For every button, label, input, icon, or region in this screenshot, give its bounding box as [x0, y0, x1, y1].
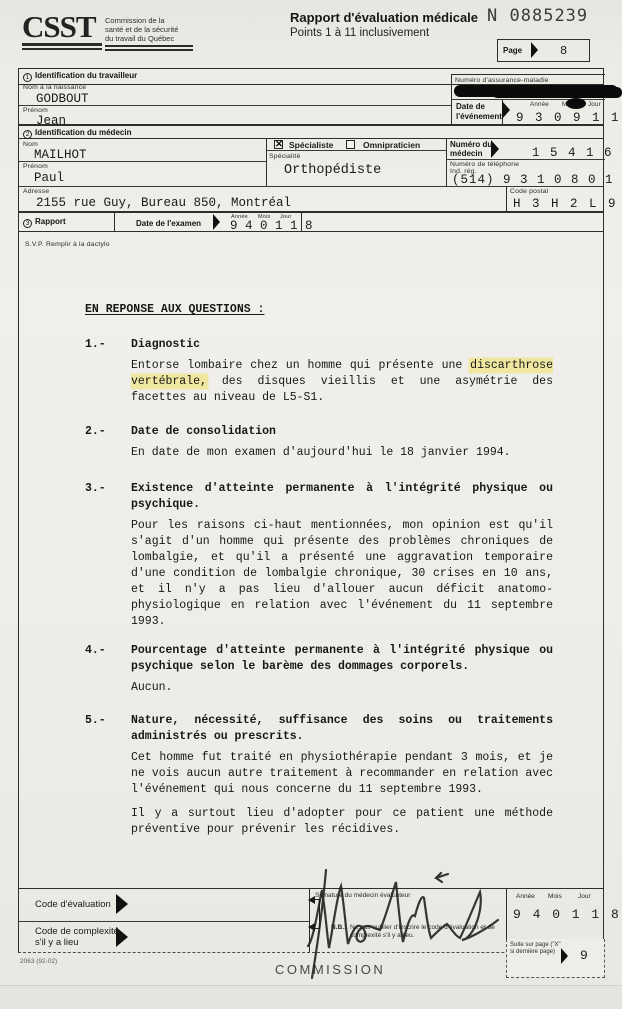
divider [19, 105, 451, 106]
section-worker: 1Identification du travailleur Nom à la … [18, 68, 604, 125]
worker-right-cell: Numéro d'assurance-maladie Date de l'évé… [451, 74, 605, 124]
divider [19, 161, 266, 162]
section-physician-title: 2Identification du médecin [19, 126, 603, 139]
question-5-answer-1: Cet homme fut traité en physiothérapie p… [131, 750, 553, 798]
section-number-icon: 1 [23, 73, 32, 82]
divider [266, 150, 446, 151]
complexity-code-label: Code de complexité s'il y a lieu [35, 926, 121, 948]
scanned-medical-report-page: CSST Commission de la santé et de la séc… [0, 0, 622, 1009]
worker-name-label: Nom à la naissance [23, 84, 86, 91]
physician-number-value: 1 5 4 1 6 5 [532, 146, 622, 160]
specialty-label: Spécialité [269, 153, 300, 160]
page-arrow-icon [531, 42, 538, 58]
physician-name-value: MAILHOT [34, 148, 87, 162]
logo-rule [22, 48, 102, 51]
complexity-code-arrow-icon [116, 927, 128, 947]
evaluation-code-arrow-icon [116, 894, 128, 914]
next-page-value: 9 [580, 948, 588, 963]
section-report-title: 3Rapport [23, 217, 66, 228]
document-subtitle: Points 1 à 11 inclusivement [290, 27, 478, 39]
question-4-title: Pourcentage d'atteinte permanente à l'in… [131, 643, 553, 675]
divider [446, 139, 447, 186]
page-number-value: 8 [560, 44, 567, 58]
phone-value: (514) 9 3 1 0 8 0 1 [452, 173, 614, 187]
physician-number-arrow-icon [491, 140, 499, 158]
typed-report-text: EN REPONSE AUX QUESTIONS : 1.- Diagnosti… [85, 302, 553, 838]
divider [301, 213, 302, 231]
section-number-icon: 2 [23, 130, 32, 139]
question-3-title: Existence d'atteinte permanente à l'inté… [131, 481, 553, 513]
redaction-bar [492, 87, 622, 98]
event-date-label: Date de l'événement [456, 102, 502, 121]
medicare-number-label: Numéro d'assurance-maladie [455, 77, 549, 84]
exam-date-arrow-icon [213, 214, 220, 230]
question-4: 4.- Pourcentage d'atteinte permanente à … [85, 643, 553, 696]
day-column-label: Jour [588, 101, 601, 108]
address-label: Adresse [23, 188, 49, 195]
physician-firstname-label: Prénom [23, 163, 48, 170]
question-5: 5.- Nature, nécessité, suffisance des so… [85, 713, 553, 838]
report-body-box: S.V.P. Remplir à la dactylo EN REPONSE A… [18, 232, 604, 888]
postal-code-cell: Code postal H 3 H 2 L 9 [506, 186, 605, 213]
form-number: 2063 (92-02) [20, 958, 57, 966]
divider [19, 921, 309, 922]
serial-number: N 0885239 [487, 6, 588, 26]
footer-date-value: 9 4 0 1 1 8 [513, 907, 621, 922]
page-number-box: Page 8 [497, 39, 590, 62]
question-1: 1.- Diagnostic Entorse lombaire chez un … [85, 337, 553, 406]
question-5-answer-2: Il y a surtout lieu d'adopter pour ce pa… [131, 806, 553, 838]
event-date-arrow-icon [502, 101, 510, 119]
year-column-label: Année [530, 101, 549, 108]
question-3-answer: Pour les raisons ci-haut mentionnées, mo… [131, 518, 553, 630]
phone-label: Numéro de téléphone [450, 161, 519, 168]
document-title-block: Rapport d'évaluation médicale Points 1 à… [290, 10, 478, 39]
evaluation-code-label: Code d'évaluation [35, 899, 111, 910]
question-5-title: Nature, nécessité, suffisance des soins … [131, 713, 553, 745]
postal-code-label: Code postal [510, 188, 548, 195]
month-column-label: Mois [548, 893, 562, 901]
worker-name-value: GODBOUT [36, 92, 89, 106]
omnipraticien-label: Omnipraticien [363, 140, 420, 150]
typewriter-note: S.V.P. Remplir à la dactylo [25, 241, 110, 248]
next-page-arrow-icon [561, 948, 568, 964]
question-2-title: Date de consolidation [131, 424, 553, 440]
scan-edge-strip [0, 985, 622, 1009]
csst-logo-caption: Commission de la santé et de la sécurité… [105, 16, 200, 51]
worker-firstname-label: Prénom [23, 107, 48, 114]
divider [446, 159, 605, 160]
signature-scrawl [300, 868, 525, 980]
divider [114, 213, 115, 231]
question-2-answer: En date de mon examen d'aujourd'hui le 1… [131, 445, 553, 461]
logo-rule [105, 49, 193, 51]
postal-code-value: H 3 H 2 L 9 [513, 197, 618, 211]
omnipraticien-checkbox [346, 140, 355, 149]
event-date-value: 9 3 0 9 1 1 [516, 111, 621, 125]
page-label: Page [503, 46, 522, 55]
physician-firstname-value: Paul [34, 171, 64, 185]
logo-rule [105, 45, 193, 47]
exam-date-label: Date de l'examen [136, 219, 201, 228]
physician-number-label: Numéro du médecin [450, 141, 492, 158]
question-2: 2.- Date de consolidation En date de mon… [85, 424, 553, 461]
divider [266, 139, 267, 186]
question-1-answer: Entorse lombaire chez un homme qui prése… [131, 358, 553, 406]
question-4-answer: Aucun. [131, 680, 553, 696]
csst-logo: CSST [22, 13, 102, 50]
redaction-dot [566, 98, 586, 109]
section-number-icon: 3 [23, 219, 32, 228]
physician-name-label: Nom [23, 141, 38, 148]
specialist-checkbox [274, 140, 283, 149]
question-1-title: Diagnostic [131, 337, 553, 353]
specialist-label: Spécialiste [289, 140, 333, 150]
specialty-value: Orthopédiste [284, 163, 381, 178]
address-value: 2155 rue Guy, Bureau 850, Montréal [36, 196, 291, 210]
document-title: Rapport d'évaluation médicale [290, 10, 478, 25]
csst-logo-text: CSST [22, 13, 102, 41]
question-3: 3.- Existence d'atteinte permanente à l'… [85, 481, 553, 630]
report-heading: EN REPONSE AUX QUESTIONS : [85, 302, 553, 318]
day-column-label: Jour [578, 893, 591, 901]
section-physician: 2Identification du médecin Nom MAILHOT P… [18, 125, 604, 212]
section-report: 3Rapport Date de l'examen Année Mois Jou… [18, 212, 604, 232]
